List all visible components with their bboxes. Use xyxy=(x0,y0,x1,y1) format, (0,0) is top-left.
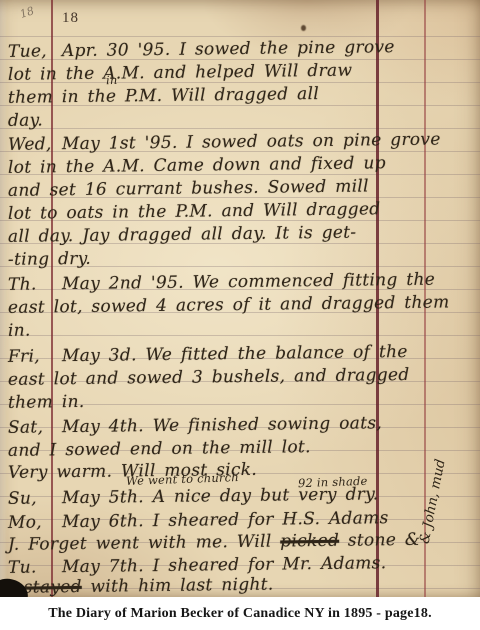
ink-spot xyxy=(301,25,306,31)
day-abbrev: Su, xyxy=(8,488,37,508)
line-text: and set 16 currant bushes. Sowed mill xyxy=(8,176,369,200)
line-text: east lot and sowed 3 bushels, and dragge… xyxy=(8,365,410,390)
interline-insert: in xyxy=(106,73,118,87)
line-text-segment: stone & xyxy=(339,530,420,551)
day-abbrev: Th. xyxy=(8,274,37,294)
day-abbrev: Sat, xyxy=(8,417,43,437)
day-abbrev: Tue, xyxy=(8,41,47,61)
line-text: lot in the A.M. and helped Will draw xyxy=(8,61,352,85)
line-text: and I sowed end on the mill lot. xyxy=(8,437,311,461)
day-abbrev: Fri, xyxy=(8,346,40,366)
day-abbrev: Wed, xyxy=(8,134,52,155)
line-text: lot in the A.M. Came down and fixed up xyxy=(8,153,386,178)
pencil-page-number: 18 xyxy=(18,4,35,21)
line-text: -ting dry. xyxy=(8,249,91,270)
caption-text: The Diary of Marion Becker of Canadice N… xyxy=(48,606,432,622)
line-text-segment: with him last night. xyxy=(82,575,274,597)
line-text: east lot, sowed 4 acres of it and dragge… xyxy=(8,292,450,317)
line-text: in. xyxy=(8,321,31,341)
line-text: May 3d. We fitted the balance of the xyxy=(62,342,408,366)
day-abbrev: Mo, xyxy=(8,512,42,532)
line-text: lot to oats in the P.M. and Will dragged xyxy=(8,199,381,224)
day-abbrev: Tu. xyxy=(8,557,37,577)
line-text-segment: J. Forget went with me. Will xyxy=(8,532,280,555)
diary-page-photo: 18 18 Tue, Apr. 30 '95. I sowed the pine… xyxy=(0,0,480,598)
line-text: Apr. 30 '95. I sowed the pine grove xyxy=(62,37,395,61)
caption-bar: The Diary of Marion Becker of Canadice N… xyxy=(0,597,480,630)
line-text: May 5th. A nice day but very dry. xyxy=(62,484,379,508)
line-text: I stayed with him last night. xyxy=(8,575,274,598)
line-text: day. xyxy=(8,110,43,130)
line-text: J. Forget went with me. Will picked ston… xyxy=(8,530,421,555)
struck-word: stayed xyxy=(24,577,82,598)
line-text: May 1st '95. I sowed oats on pine grove xyxy=(62,130,441,155)
line-text: May 2nd '95. We commenced fitting the xyxy=(62,270,435,295)
printed-page-number: 18 xyxy=(62,10,79,27)
line-text: all day. Jay dragged all day. It is get- xyxy=(8,223,357,247)
line-text: May 6th. I sheared for H.S. Adams xyxy=(62,508,389,532)
screenshot: 18 18 Tue, Apr. 30 '95. I sowed the pine… xyxy=(0,0,480,630)
line-text: May 4th. We finished sowing oats, xyxy=(62,413,382,437)
struck-word: picked xyxy=(280,531,339,552)
line-text: them in the P.M. Will dragged all xyxy=(8,84,319,108)
line-text: them in. xyxy=(8,392,85,413)
